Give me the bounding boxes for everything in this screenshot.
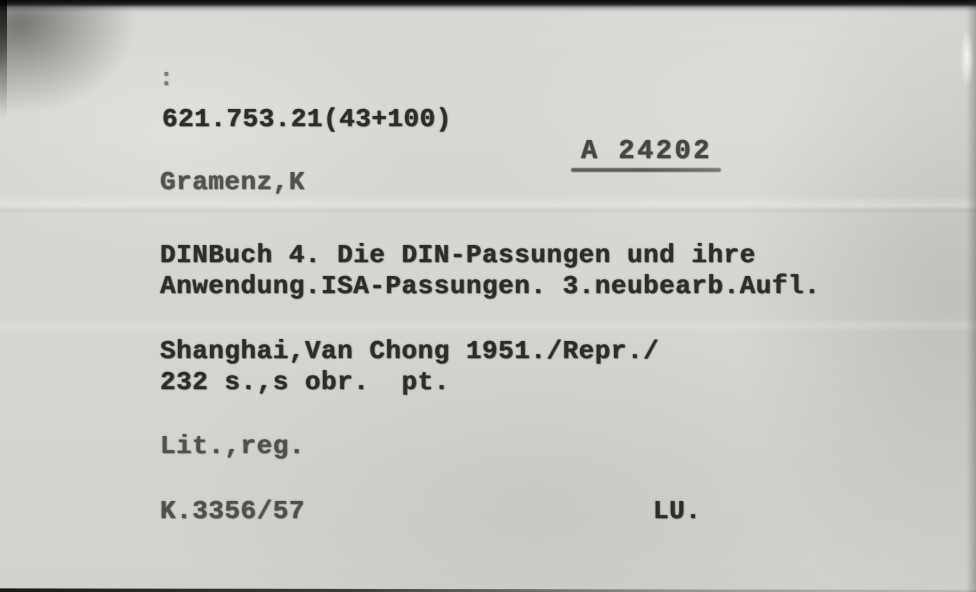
title-line-2: Anwendung.ISA-Passungen. 3.neubearb.Aufl… (160, 271, 820, 301)
author-name: Gramenz,K (160, 167, 305, 197)
classification-number: 621.753.21(43+100) (162, 104, 452, 134)
stray-typewriter-mark: : (159, 66, 174, 93)
accession-number: A 24202 (581, 137, 712, 167)
title-line-1: DINBuch 4. Die DIN-Passungen und ihre (160, 240, 756, 270)
notes-line: Lit.,reg. (160, 431, 305, 461)
scan-edge-right (966, 0, 976, 592)
accession-underline (571, 168, 721, 172)
record-number: K.3356/57 (160, 496, 305, 526)
paper-crease-lower (0, 318, 976, 332)
scan-edge-top (0, 0, 976, 12)
scan-edge-left (0, 0, 7, 120)
collation-line: 232 s.,s obr. pt. (160, 367, 450, 397)
cataloguer-initials: LU. (653, 496, 701, 526)
catalog-card-scan: : 621.753.21(43+100) A 24202 Gramenz,K D… (0, 0, 976, 592)
paper-crease (0, 196, 976, 214)
scan-highlight-spot (960, 28, 974, 88)
imprint-line: Shanghai,Van Chong 1951./Repr./ (160, 336, 659, 366)
scan-edge-bottom (0, 586, 976, 592)
